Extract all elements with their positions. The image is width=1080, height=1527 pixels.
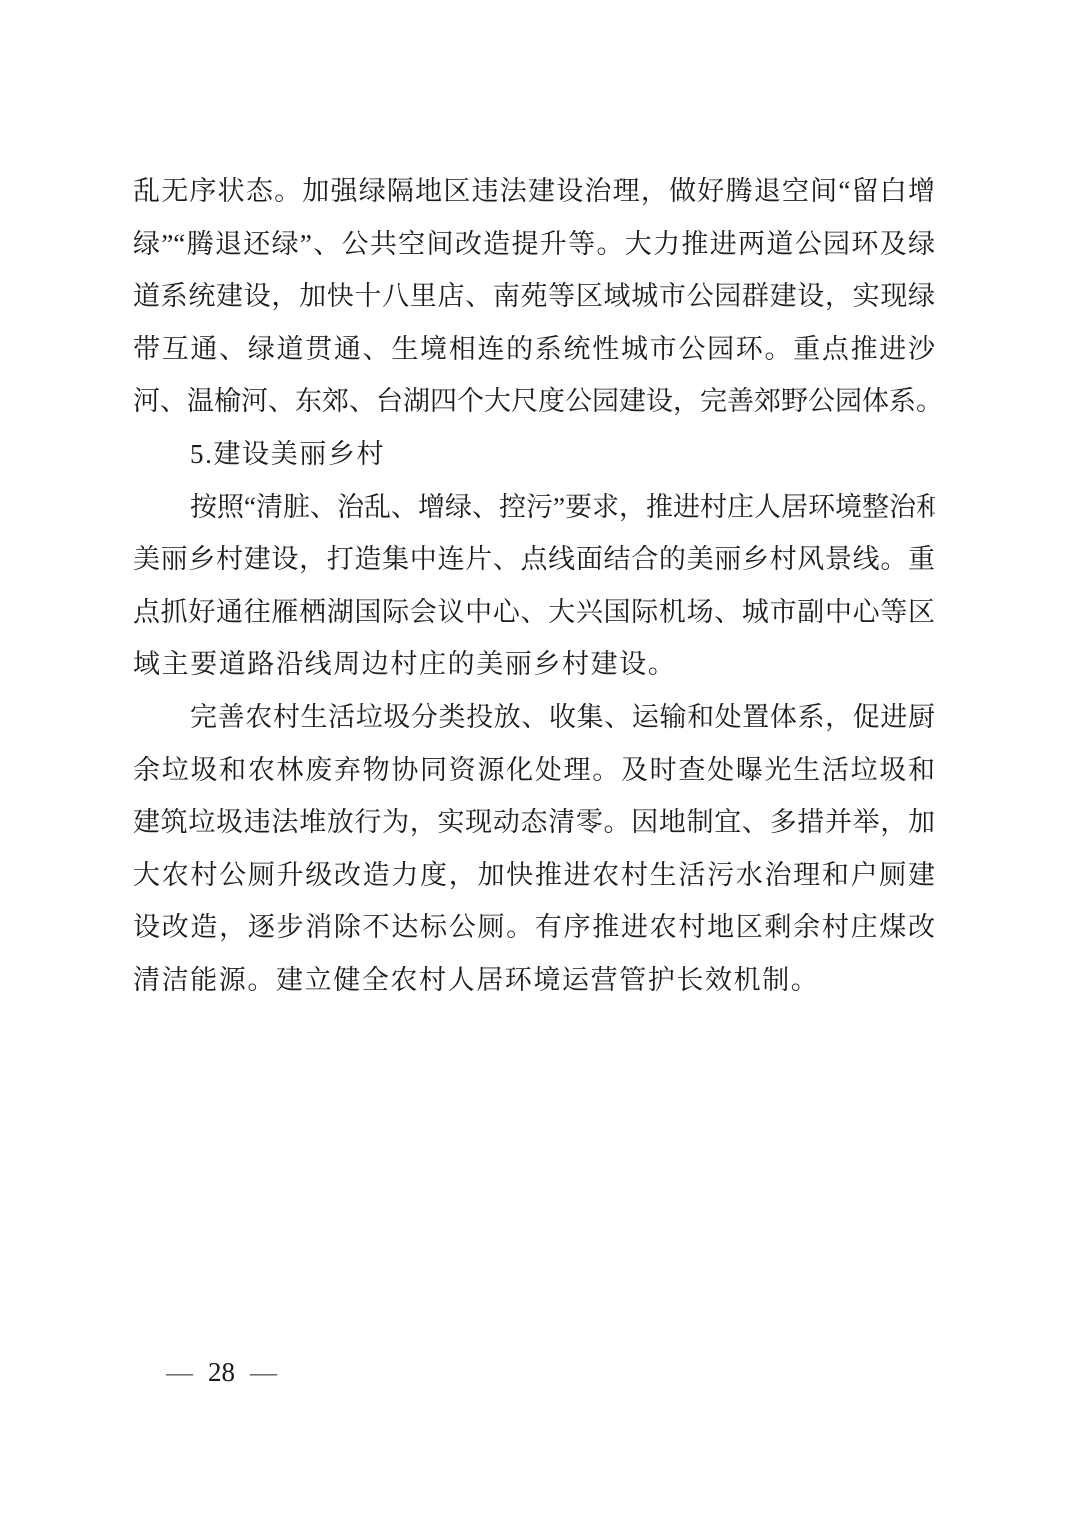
footer-dash-left: — [166,1352,193,1392]
document-line: 绿”“腾退还绿”、公共空间改造提升等。大力推进两道公园环及绿 [133,218,935,271]
document-line: 设改造，逐步消除不达标公厕。有序推进农村地区剩余村庄煤改 [133,901,935,954]
document-line: 余垃圾和农林废弃物协同资源化处理。及时查处曝光生活垃圾和 [133,744,935,797]
page-number: 28 [208,1352,235,1392]
section-heading-5: 5.建设美丽乡村 [133,428,935,481]
document-line: 带互通、绿道贯通、生境相连的系统性城市公园环。重点推进沙 [133,323,935,376]
page-footer: — 28 — [166,1352,277,1392]
document-line: 美丽乡村建设，打造集中连片、点线面结合的美丽乡村风景线。重 [133,533,935,586]
document-line: 清洁能源。建立健全农村人居环境运营管护长效机制。 [133,954,935,1007]
document-line: 按照“清脏、治乱、增绿、控污”要求，推进村庄人居环境整治和 [133,481,935,534]
document-line: 建筑垃圾违法堆放行为，实现动态清零。因地制宜、多措并举，加 [133,796,935,849]
document-body: 乱无序状态。加强绿隔地区违法建设治理，做好腾退空间“留白增 绿”“腾退还绿”、公… [133,165,935,1007]
document-line: 完善农村生活垃圾分类投放、收集、运输和处置体系，促进厨 [133,691,935,744]
document-line: 乱无序状态。加强绿隔地区违法建设治理，做好腾退空间“留白增 [133,165,935,218]
document-line: 点抓好通往雁栖湖国际会议中心、大兴国际机场、城市副中心等区 [133,586,935,639]
footer-dash-right: — [250,1352,277,1392]
document-line: 大农村公厕升级改造力度，加快推进农村生活污水治理和户厕建 [133,849,935,902]
document-line: 河、温榆河、东郊、台湖四个大尺度公园建设，完善郊野公园体系。 [133,375,935,428]
document-page: 乱无序状态。加强绿隔地区违法建设治理，做好腾退空间“留白增 绿”“腾退还绿”、公… [0,0,1080,1527]
document-line: 道系统建设，加快十八里店、南苑等区域城市公园群建设，实现绿 [133,270,935,323]
document-line: 域主要道路沿线周边村庄的美丽乡村建设。 [133,638,935,691]
